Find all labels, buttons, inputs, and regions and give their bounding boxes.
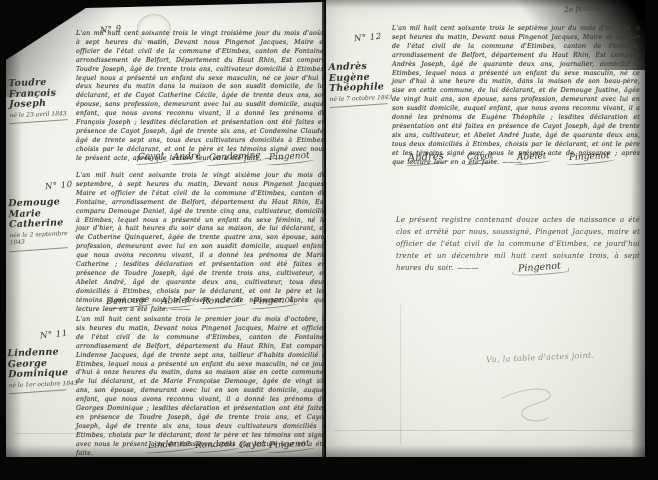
margin-underline (10, 119, 68, 124)
margin-annotation: Toudre François Joseph né le 23 avril 18… (8, 77, 77, 123)
margin-annotation: Demouge Marie Catherine née le 2 septemb… (8, 197, 80, 251)
margin-date: né le 7 octobre 1843 (329, 93, 395, 103)
signature: Cayot (138, 151, 165, 162)
entry-number: N° 10 (45, 180, 73, 192)
signature-row: Lindenne Rondeau Cayot Pingenot (148, 440, 310, 450)
birth-act-body: L'an mil huit cent soixante trois le sep… (392, 25, 640, 168)
margin-annotation: Andrès Eugène Théophile né le 7 octobre … (328, 61, 395, 107)
signature: Condemine (209, 151, 261, 164)
signature: Rondeau (194, 439, 235, 451)
signature: Cayot (467, 151, 494, 162)
right-page: 2e feuille N° 12 Andrès Eugène Théophile… (326, 0, 645, 457)
birth-act-body: L'an mil huit cent soixante trois le vin… (76, 172, 326, 315)
margin-name: Andrès Eugène Théophile (328, 61, 395, 95)
entry-number: N° 12 (354, 32, 382, 44)
margin-underline (330, 103, 388, 108)
margin-name: Lindenne George Dominique (7, 347, 80, 381)
margin-name: Toudre François Joseph (8, 77, 77, 111)
signature-row: Andrès Cayot Abelet Pingenot (408, 152, 610, 163)
signature: Abelet (516, 151, 546, 163)
table-reference-note: Vu, la table d'actes joint. (486, 351, 595, 365)
signature: Pingenot (569, 151, 610, 163)
ruled-fold-line (334, 430, 634, 431)
page-seam (322, 2, 325, 457)
signature: Cayot (239, 439, 266, 450)
margin-date: né le 1er octobre 1843 (8, 379, 80, 389)
birth-act-body: L'an mil huit cent soixante trois le pre… (76, 316, 326, 459)
signature: Pingenot (269, 151, 310, 163)
signature: Pingenot (253, 295, 294, 307)
margin-date: née le 2 septembre 1843 (9, 229, 79, 246)
ink-scribble (494, 380, 574, 430)
margin-annotation: Lindenne George Dominique né le 1er octo… (7, 347, 80, 393)
signature: Andrès (408, 151, 444, 164)
register-scan: N° 9 Toudre François Joseph né le 23 avr… (0, 0, 658, 480)
signature: André (173, 151, 201, 162)
signature-row: Demouge Abelet Rondeau Pingenot (106, 296, 294, 306)
signature: Lindenne (148, 439, 191, 451)
birth-act-body: L'an mil huit cent soixante trois le vin… (76, 30, 326, 164)
vertical-fold-line (400, 305, 401, 445)
signature: Demouge (106, 295, 150, 307)
signature: Pingenot (269, 439, 310, 451)
ruled-fold-line (14, 433, 316, 434)
margin-underline (10, 247, 68, 252)
signature-row: Cayot André Condemine Pingenot (138, 152, 310, 162)
entry-number: N° 11 (40, 329, 68, 341)
margin-date: né le 23 avril 1843 (9, 109, 77, 119)
margin-name: Demouge Marie Catherine (8, 197, 79, 231)
signature: Abelet (161, 295, 191, 307)
left-page: N° 9 Toudre François Joseph né le 23 avr… (6, 2, 324, 457)
closing-signature: Pingenot (518, 261, 562, 275)
margin-underline (9, 389, 67, 394)
signature: Rondeau (201, 295, 242, 307)
bottom-edge-shadow (326, 445, 645, 457)
